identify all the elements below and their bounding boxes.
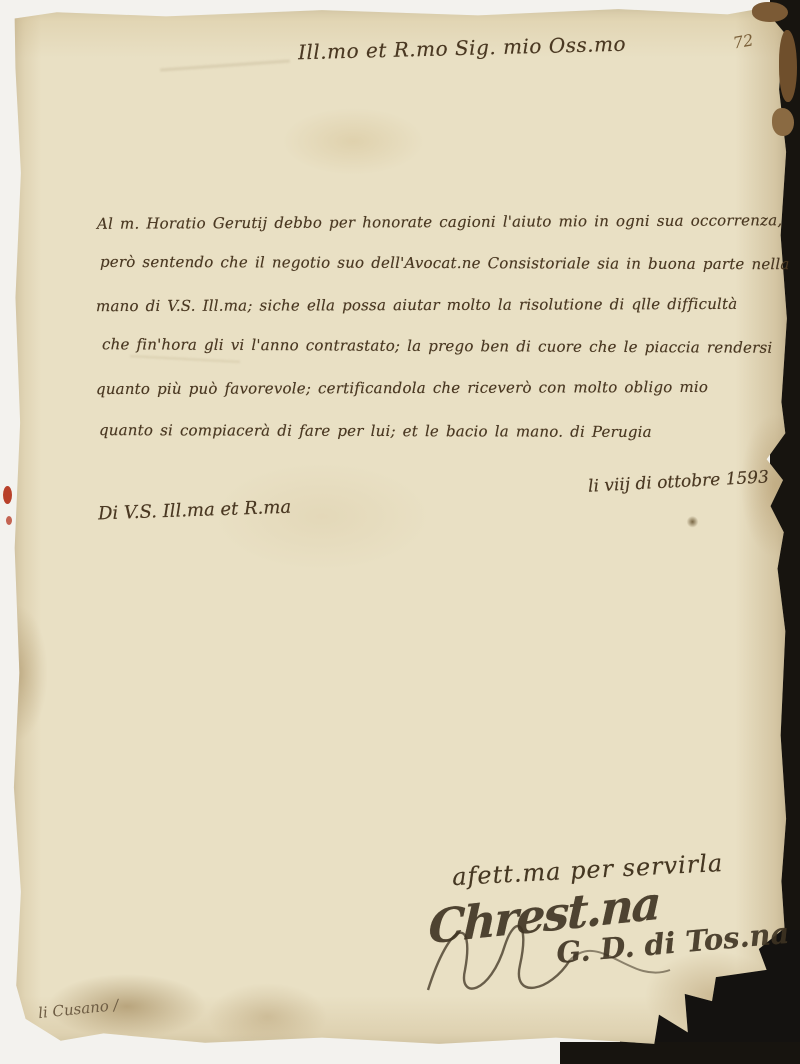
body-line: però sentendo che il negotio suo dell'Av… <box>100 253 790 273</box>
manuscript-letter-scan: Ill.mo et R.mo Sig. mio Oss.mo 72 Al m. … <box>0 0 800 1064</box>
paper-crease <box>160 59 290 71</box>
red-wax-seal-remnant <box>3 486 12 504</box>
folio-number: 72 <box>732 30 755 52</box>
body-line: quanto più può favorevole; certificandol… <box>96 378 708 398</box>
body-line: che fin'hora gli vi l'anno contrastato; … <box>102 335 772 357</box>
body-line: Al m. Horatio Gerutij debbo per honorate… <box>97 211 782 233</box>
torn-paper-fragment <box>752 2 788 22</box>
paper-crease <box>130 355 240 363</box>
torn-paper-fragment <box>772 108 794 136</box>
aged-paper-sheet <box>10 6 790 1048</box>
red-wax-seal-remnant <box>6 516 12 525</box>
torn-paper-fragment <box>779 30 797 102</box>
body-line: quanto si compiacerà di fare per lui; et… <box>99 421 652 441</box>
scanner-backdrop-bottom <box>560 1042 800 1064</box>
body-line: mano di V.S. Ill.ma; siche ella possa ai… <box>96 295 737 315</box>
